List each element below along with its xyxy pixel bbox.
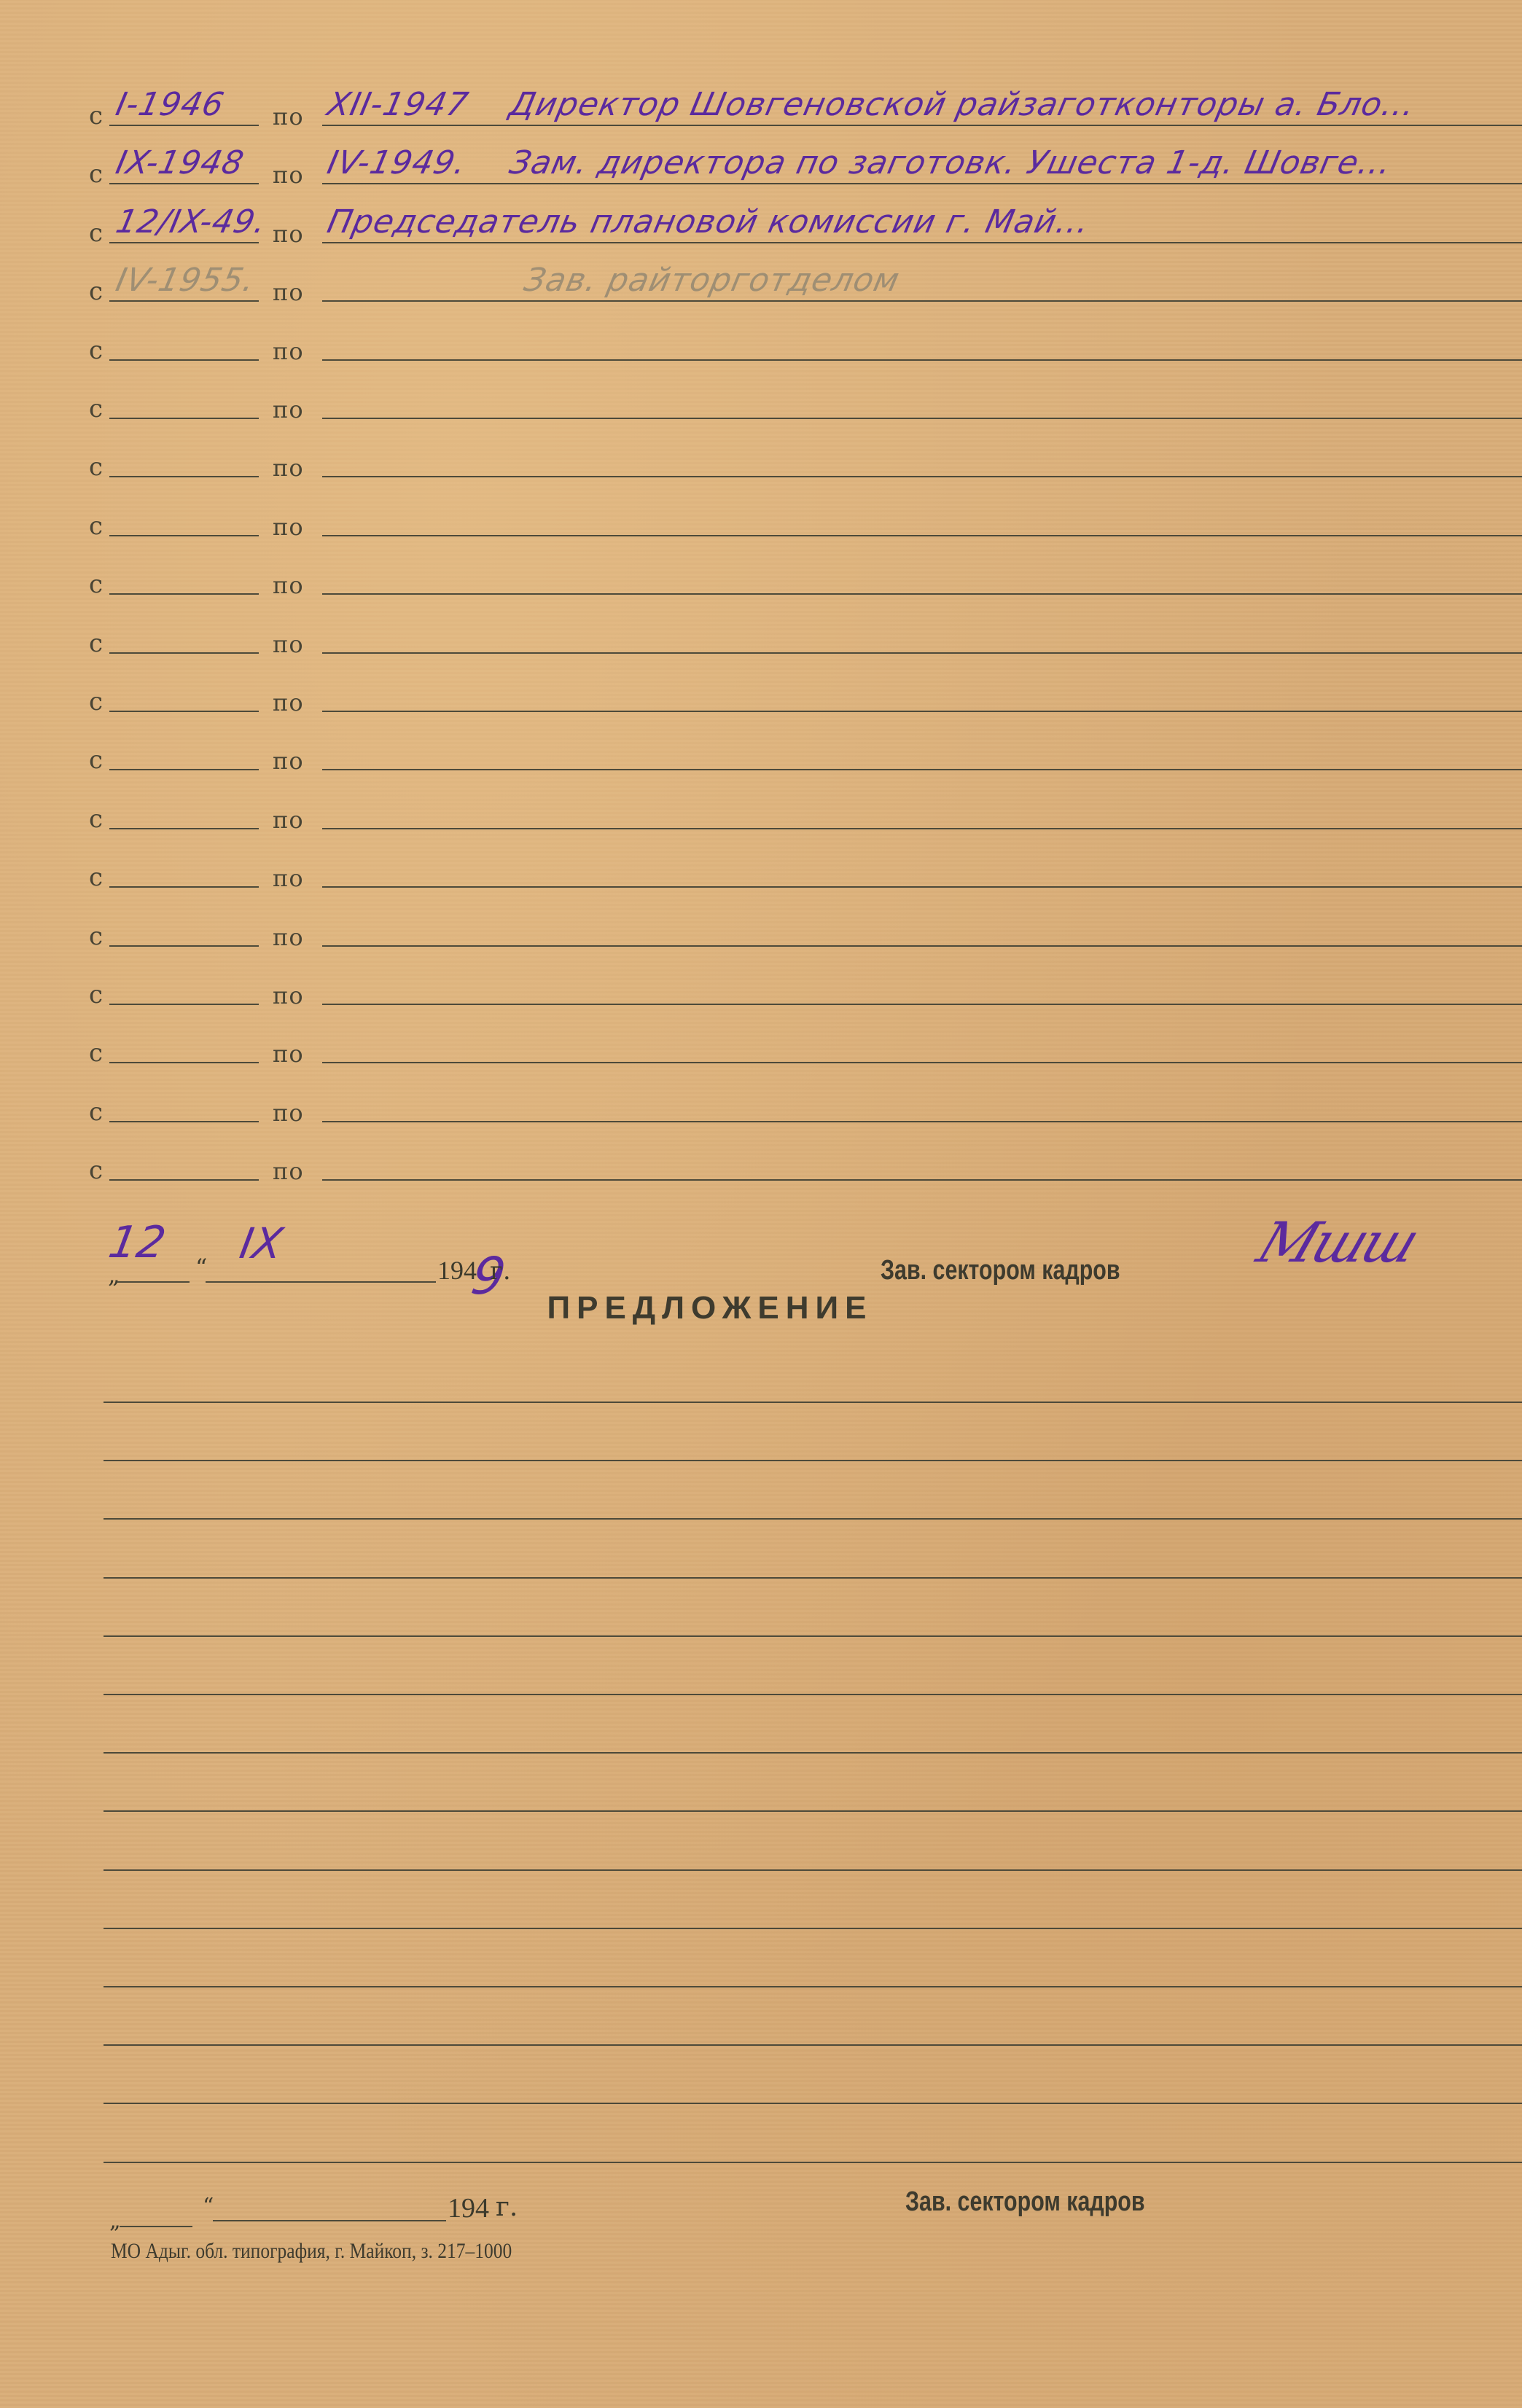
employment-row: спо xyxy=(0,313,1522,371)
signature: Мшш xyxy=(1249,1210,1426,1275)
employment-row: спо xyxy=(0,722,1522,781)
to-label: по xyxy=(273,337,304,365)
position-value: Зав. райторготделом xyxy=(521,262,903,299)
day-handwritten: 12 xyxy=(105,1217,170,1268)
to-date-and-position-field[interactable] xyxy=(322,769,1522,770)
to-label: по xyxy=(273,1040,304,1068)
from-label: с xyxy=(89,863,103,892)
from-date-field[interactable] xyxy=(109,418,259,419)
year-suffix: г. xyxy=(496,2192,518,2222)
from-label: с xyxy=(89,570,103,599)
from-label: с xyxy=(89,160,103,189)
proposal-text-line[interactable] xyxy=(104,2044,1522,2046)
from-date-value: I-1946 xyxy=(113,86,228,123)
from-label: с xyxy=(89,1039,103,1068)
to-label: по xyxy=(273,454,304,482)
signer-title: Зав. сектором кадров xyxy=(905,2186,1145,2218)
month-handwritten: IX xyxy=(236,1219,286,1268)
from-date-field[interactable] xyxy=(109,535,259,536)
year-printed: 194 xyxy=(448,2192,489,2224)
from-date-field[interactable] xyxy=(109,769,259,770)
to-label: по xyxy=(273,103,304,130)
employment-row: спо xyxy=(0,1133,1522,1191)
proposal-text-line[interactable] xyxy=(104,1928,1522,1929)
from-date-field[interactable] xyxy=(109,828,259,829)
from-date-field[interactable] xyxy=(109,1004,259,1005)
to-date-and-position-field[interactable] xyxy=(322,125,1522,126)
form-page: сI-1946поXII-1947Директор Шовгеновской р… xyxy=(0,0,1522,2408)
from-date-field[interactable] xyxy=(109,711,259,712)
proposal-text-line[interactable] xyxy=(104,1402,1522,1403)
employment-row: спо xyxy=(0,371,1522,429)
to-date-and-position-field[interactable] xyxy=(322,886,1522,888)
to-date-and-position-field[interactable] xyxy=(322,652,1522,654)
date-quote-close: “ xyxy=(203,2194,214,2219)
employment-row: сI-1946поXII-1947Директор Шовгеновской р… xyxy=(0,78,1522,136)
employment-row: спо xyxy=(0,429,1522,488)
employment-row: спо xyxy=(0,664,1522,722)
from-label: с xyxy=(89,101,103,130)
to-label: по xyxy=(273,1157,304,1185)
to-date-and-position-field[interactable] xyxy=(322,183,1522,184)
from-date-field[interactable] xyxy=(109,945,259,947)
to-label: по xyxy=(273,689,304,716)
from-date-field[interactable] xyxy=(109,242,259,243)
employment-row: спо xyxy=(0,606,1522,664)
to-label: по xyxy=(273,396,304,423)
employment-row: спо xyxy=(0,781,1522,840)
proposal-text-line[interactable] xyxy=(104,2103,1522,2104)
proposal-text-line[interactable] xyxy=(104,1986,1522,1987)
from-date-field[interactable] xyxy=(109,359,259,361)
day-field-line[interactable] xyxy=(120,2226,192,2227)
to-label: по xyxy=(273,1099,304,1127)
to-date-and-position-field[interactable] xyxy=(322,1121,1522,1122)
to-date-and-position-field[interactable] xyxy=(322,1062,1522,1063)
year-suffix: г. xyxy=(490,1256,511,1286)
employment-row: спо xyxy=(0,957,1522,1015)
to-label: по xyxy=(273,747,304,775)
from-label: с xyxy=(89,453,103,482)
proposal-title: ПРЕДЛОЖЕНИЕ xyxy=(0,1290,1522,1326)
proposal-text-line[interactable] xyxy=(104,1752,1522,1754)
position-value: Председатель плановой комиссии г. Май… xyxy=(324,203,1093,241)
to-label: по xyxy=(273,982,304,1009)
from-label: с xyxy=(89,746,103,775)
from-label: с xyxy=(89,1098,103,1127)
signoff-block-1: „ 12 “ IX 194 9 г. Зав. сектором кадров … xyxy=(0,1203,1522,1305)
from-date-field[interactable] xyxy=(109,593,259,595)
proposal-text-line[interactable] xyxy=(104,1635,1522,1637)
proposal-text-line[interactable] xyxy=(104,1869,1522,1871)
position-value: Директор Шовгеновской райзаготконторы а.… xyxy=(507,86,1419,123)
to-label: по xyxy=(273,571,304,599)
employment-row: спо xyxy=(0,488,1522,547)
to-label: по xyxy=(273,278,304,306)
from-label: с xyxy=(89,394,103,423)
proposal-text-line[interactable] xyxy=(104,1810,1522,1812)
employment-row: с12/IX-49.поПредседатель плановой комисс… xyxy=(0,195,1522,254)
from-label: с xyxy=(89,980,103,1009)
proposal-text-line[interactable] xyxy=(104,1694,1522,1695)
to-date-and-position-field[interactable] xyxy=(322,945,1522,947)
employment-row: сIV-1955.поЗав. райторготделом xyxy=(0,254,1522,312)
to-date-value: IV-1949. xyxy=(324,144,470,181)
proposal-text-line[interactable] xyxy=(104,1460,1522,1461)
signer-title: Зав. сектором кадров xyxy=(881,1255,1120,1286)
to-date-and-position-field[interactable] xyxy=(322,418,1522,419)
to-label: по xyxy=(273,806,304,834)
to-date-and-position-field[interactable] xyxy=(322,1004,1522,1005)
to-label: по xyxy=(273,220,304,248)
to-date-and-position-field[interactable] xyxy=(322,476,1522,477)
to-label: по xyxy=(273,630,304,658)
to-label: по xyxy=(273,513,304,541)
from-label: с xyxy=(89,336,103,365)
from-date-field[interactable] xyxy=(109,300,259,302)
employment-row: спо xyxy=(0,899,1522,957)
from-date-field[interactable] xyxy=(109,183,259,184)
printer-imprint: МО Адыг. обл. типография, г. Майкоп, з. … xyxy=(111,2239,512,2264)
from-date-value: 12/IX-49. xyxy=(113,203,270,241)
to-label: по xyxy=(273,864,304,892)
from-date-value: IV-1955. xyxy=(113,262,259,299)
date-quote-close: “ xyxy=(195,1254,207,1281)
position-value: Зам. директора по заготовк. Ушеста 1-д. … xyxy=(507,144,1396,181)
to-label: по xyxy=(273,161,304,189)
from-label: с xyxy=(89,512,103,541)
employment-row: спо xyxy=(0,1015,1522,1074)
employment-row: спо xyxy=(0,840,1522,898)
proposal-text-line[interactable] xyxy=(104,2162,1522,2163)
day-field-line xyxy=(117,1281,190,1283)
from-label: с xyxy=(89,1156,103,1185)
from-date-field[interactable] xyxy=(109,1121,259,1122)
to-date-value: XII-1947 xyxy=(324,86,472,123)
employment-row: сIX-1948поIV-1949.Зам. директора по заго… xyxy=(0,136,1522,195)
proposal-text-line[interactable] xyxy=(104,1577,1522,1579)
from-label: с xyxy=(89,922,103,951)
from-date-field[interactable] xyxy=(109,1179,259,1181)
date-quote-open: „ xyxy=(109,2208,121,2234)
month-field-line[interactable] xyxy=(213,2220,446,2221)
from-label: с xyxy=(89,219,103,248)
from-date-field[interactable] xyxy=(109,652,259,654)
from-date-field[interactable] xyxy=(109,886,259,888)
to-date-and-position-field[interactable] xyxy=(322,300,1522,302)
to-date-and-position-field[interactable] xyxy=(322,359,1522,361)
from-date-value: IX-1948 xyxy=(113,144,248,181)
proposal-text-line[interactable] xyxy=(104,1518,1522,1520)
from-date-field[interactable] xyxy=(109,1062,259,1063)
employment-row: спо xyxy=(0,547,1522,605)
from-label: с xyxy=(89,687,103,716)
to-date-and-position-field[interactable] xyxy=(322,242,1522,243)
from-date-field[interactable] xyxy=(109,476,259,477)
to-date-and-position-field[interactable] xyxy=(322,593,1522,595)
employment-row: спо xyxy=(0,1074,1522,1133)
to-date-and-position-field[interactable] xyxy=(322,535,1522,536)
from-date-field[interactable] xyxy=(109,125,259,126)
from-label: с xyxy=(89,805,103,834)
month-field-line xyxy=(206,1281,436,1283)
from-label: с xyxy=(89,629,103,658)
to-date-and-position-field[interactable] xyxy=(322,711,1522,712)
from-label: с xyxy=(89,277,103,306)
to-date-and-position-field[interactable] xyxy=(322,828,1522,829)
to-label: по xyxy=(273,923,304,951)
to-date-and-position-field[interactable] xyxy=(322,1179,1522,1181)
